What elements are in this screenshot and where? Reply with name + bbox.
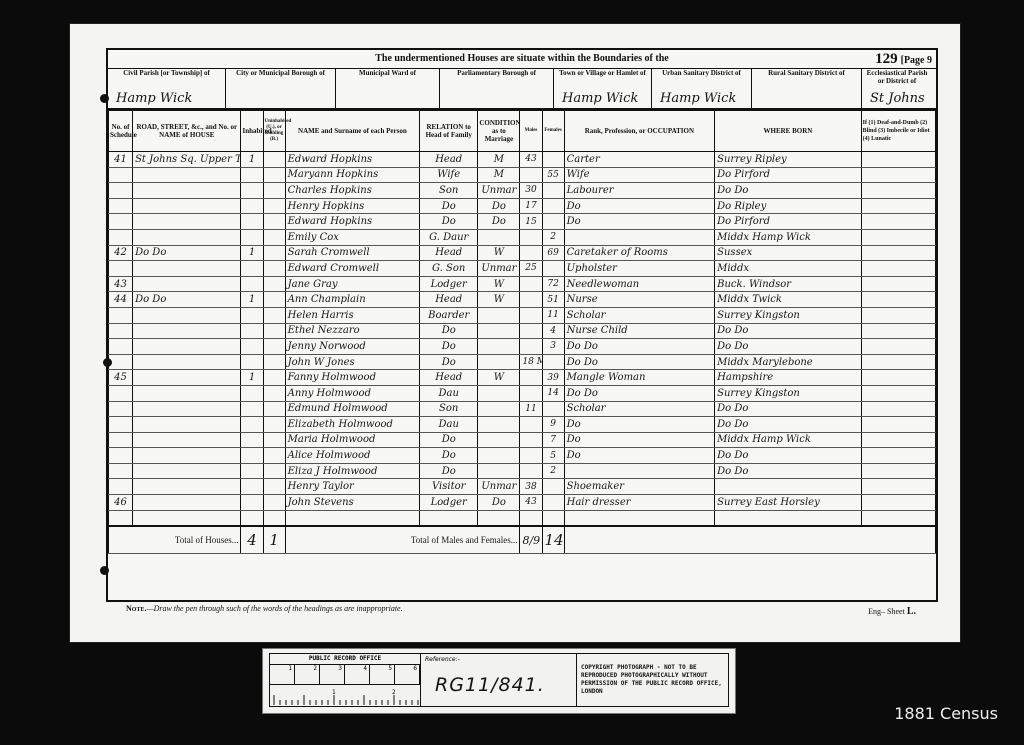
cell-inhabited <box>241 432 263 448</box>
cell-schedule <box>109 448 133 464</box>
cell-name: John Stevens <box>285 495 419 511</box>
cell-male <box>520 510 542 526</box>
cell-female <box>542 401 564 417</box>
cell-female: 39 <box>542 370 564 386</box>
cell-born: Surrey Ripley <box>715 152 862 168</box>
cell-born: Do Do <box>715 448 862 464</box>
cell-born: Surrey East Horsley <box>715 495 862 511</box>
table-row: Edward HopkinsDoDo15DoDo Pirford <box>109 214 936 230</box>
cell-female <box>542 183 564 199</box>
cell-blank <box>861 214 935 230</box>
cell-schedule: 41 <box>109 152 133 168</box>
cell-inhabited <box>241 229 263 245</box>
cell-condition: Do <box>478 214 520 230</box>
cell-occupation: Do <box>564 448 715 464</box>
cell-occupation: Do Do <box>564 339 715 355</box>
cell-male <box>520 229 542 245</box>
col-age-males: Males <box>520 111 542 152</box>
cell-relation: Do <box>420 432 478 448</box>
cell-blank <box>263 167 285 183</box>
cell-blank <box>263 339 285 355</box>
cell-occupation: Do <box>564 432 715 448</box>
cell-blank <box>263 323 285 339</box>
district-value: Hamp Wick <box>660 91 736 106</box>
cell-female: 51 <box>542 292 564 308</box>
cell-born: Buck. Windsor <box>715 276 862 292</box>
cell-born: Surrey Kingston <box>715 385 862 401</box>
cell-inhabited <box>241 463 263 479</box>
col-road: ROAD, STREET, &c., and No. or NAME of HO… <box>133 111 241 152</box>
cell-blank <box>263 354 285 370</box>
cm-scale: 123456 <box>270 665 420 685</box>
census-table: No. of Schedule ROAD, STREET, &c., and N… <box>108 110 936 554</box>
cell-relation: Lodger <box>420 495 478 511</box>
cell-relation: Lodger <box>420 276 478 292</box>
cell-blank <box>861 417 935 433</box>
cell-born: Middx Hamp Wick <box>715 229 862 245</box>
cell-schedule <box>109 339 133 355</box>
cell-road <box>133 510 241 526</box>
cell-road <box>133 339 241 355</box>
col-uninhabited: Uninhabited (U.), or Building (B.) <box>263 111 285 152</box>
cell-name: Maryann Hopkins <box>285 167 419 183</box>
cell-occupation: Caretaker of Rooms <box>564 245 715 261</box>
cell-blank <box>861 261 935 277</box>
cell-male: 25 <box>520 261 542 277</box>
cell-schedule: 45 <box>109 370 133 386</box>
cell-inhabited <box>241 307 263 323</box>
cell-inhabited <box>241 261 263 277</box>
cell-condition: Do <box>478 495 520 511</box>
cell-schedule <box>109 183 133 199</box>
cell-schedule: 42 <box>109 245 133 261</box>
cell-male <box>520 276 542 292</box>
col-relation: RELATION to Head of Family <box>420 111 478 152</box>
cell-name: Jane Gray <box>285 276 419 292</box>
district-field: Civil Parish [or Township] ofHamp Wick <box>108 68 226 108</box>
cell-road <box>133 354 241 370</box>
cell-male <box>520 432 542 448</box>
cell-occupation: Do <box>564 214 715 230</box>
cell-born: Do Ripley <box>715 198 862 214</box>
cm-mark: 1 <box>270 665 295 684</box>
cell-occupation: Nurse Child <box>564 323 715 339</box>
cell-male <box>520 323 542 339</box>
cell-female: 72 <box>542 276 564 292</box>
cell-relation: Son <box>420 401 478 417</box>
cell-male: 17 <box>520 198 542 214</box>
cell-relation: Do <box>420 463 478 479</box>
cell-condition <box>478 448 520 464</box>
cell-condition <box>478 323 520 339</box>
cell-inhabited <box>241 183 263 199</box>
svg-text:1: 1 <box>332 689 336 696</box>
col-inhabited: Inhabited <box>241 111 263 152</box>
district-row: Civil Parish [or Township] ofHamp WickCi… <box>108 68 936 110</box>
footer-note: Note.—Draw the pen through such of the w… <box>126 604 403 613</box>
cell-blank <box>263 463 285 479</box>
district-field: Urban Sanitary District ofHamp Wick <box>652 68 752 108</box>
cell-blank <box>861 495 935 511</box>
table-row: Anny HolmwoodDau14Do DoSurrey Kingston <box>109 385 936 401</box>
col-schedule: No. of Schedule <box>109 111 133 152</box>
cell-inhabited: 1 <box>241 292 263 308</box>
table-row: Helen HarrisBoarder11ScholarSurrey Kings… <box>109 307 936 323</box>
cell-condition: W <box>478 370 520 386</box>
cell-condition: M <box>478 152 520 168</box>
cell-schedule: 46 <box>109 495 133 511</box>
cell-female: 9 <box>542 417 564 433</box>
cell-blank <box>263 292 285 308</box>
cell-road <box>133 307 241 323</box>
cell-schedule <box>109 323 133 339</box>
cell-female <box>542 214 564 230</box>
cell-blank <box>861 370 935 386</box>
cell-inhabited <box>241 448 263 464</box>
cell-condition <box>478 339 520 355</box>
table-row: 41St Johns Sq. Upper Teddington Rd1Edwar… <box>109 152 936 168</box>
cell-schedule <box>109 385 133 401</box>
cell-born: Do Do <box>715 401 862 417</box>
cell-male: 11 <box>520 401 542 417</box>
cell-schedule: 43 <box>109 276 133 292</box>
cell-blank <box>861 354 935 370</box>
cell-condition: Unmar <box>478 183 520 199</box>
cell-condition <box>478 510 520 526</box>
cell-male <box>520 417 542 433</box>
cell-inhabited <box>241 167 263 183</box>
cell-relation: Son <box>420 183 478 199</box>
cell-road <box>133 198 241 214</box>
cell-relation: Dau <box>420 385 478 401</box>
cell-condition <box>478 463 520 479</box>
cell-name: Anny Holmwood <box>285 385 419 401</box>
cell-schedule <box>109 214 133 230</box>
cell-male: 38 <box>520 479 542 495</box>
cell-female <box>542 198 564 214</box>
district-label: Town or Village or Hamlet of <box>556 69 649 77</box>
total-houses-uninhabited: 1 <box>263 526 285 554</box>
cell-inhabited <box>241 495 263 511</box>
office-name: PUBLIC RECORD OFFICE <box>270 654 420 665</box>
cell-condition <box>478 385 520 401</box>
sheet-code: Eng– Sheet L. <box>868 606 916 617</box>
cell-road <box>133 448 241 464</box>
cell-schedule <box>109 354 133 370</box>
ruler-ticks-icon: 1 2 <box>270 685 420 705</box>
cell-inhabited <box>241 354 263 370</box>
cell-schedule <box>109 479 133 495</box>
cell-road <box>133 229 241 245</box>
cell-road: Do Do <box>133 245 241 261</box>
cell-inhabited <box>241 276 263 292</box>
cell-female: 7 <box>542 432 564 448</box>
district-field: Ecclesiastical Parish or District ofSt J… <box>862 68 932 108</box>
cell-male <box>520 370 542 386</box>
cell-relation: Dau <box>420 417 478 433</box>
cell-male <box>520 292 542 308</box>
note-text: —Draw the pen through such of the words … <box>146 604 402 613</box>
cell-blank <box>263 261 285 277</box>
cell-blank <box>861 339 935 355</box>
cell-condition: Do <box>478 198 520 214</box>
cell-inhabited <box>241 323 263 339</box>
cell-occupation: Mangle Woman <box>564 370 715 386</box>
image-caption: 1881 Census <box>894 704 998 723</box>
cell-inhabited <box>241 339 263 355</box>
cell-blank <box>861 463 935 479</box>
cell-inhabited <box>241 214 263 230</box>
cell-name: Sarah Cromwell <box>285 245 419 261</box>
cell-blank <box>263 214 285 230</box>
col-where-born: WHERE BORN <box>715 111 862 152</box>
cell-female: 3 <box>542 339 564 355</box>
cell-female: 2 <box>542 463 564 479</box>
district-field: City or Municipal Borough of <box>226 68 336 108</box>
cell-road <box>133 479 241 495</box>
punch-hole <box>100 566 109 575</box>
cell-name: Edward Hopkins <box>285 152 419 168</box>
census-form: The undermentioned Houses are situate wi… <box>106 48 938 602</box>
district-label: Urban Sanitary District of <box>654 69 749 77</box>
cell-inhabited: 1 <box>241 152 263 168</box>
cell-condition <box>478 432 520 448</box>
cell-occupation: Carter <box>564 152 715 168</box>
table-row: John W JonesDo18 MonthsDo DoMiddx Maryle… <box>109 354 936 370</box>
cell-blank <box>861 479 935 495</box>
cell-male <box>520 463 542 479</box>
cell-blank <box>263 448 285 464</box>
cell-road <box>133 214 241 230</box>
cell-inhabited <box>241 417 263 433</box>
cell-female <box>542 510 564 526</box>
table-row: Edmund HolmwoodSon11ScholarDo Do <box>109 401 936 417</box>
cell-blank <box>263 183 285 199</box>
cell-occupation: Do <box>564 198 715 214</box>
inch-scale: 1 2 <box>270 685 420 705</box>
cell-name: Jenny Norwood <box>285 339 419 355</box>
sheet-label: Eng– Sheet <box>868 607 905 616</box>
cell-blank <box>263 385 285 401</box>
cell-relation <box>420 510 478 526</box>
cell-inhabited: 1 <box>241 245 263 261</box>
district-value: Hamp Wick <box>562 91 638 106</box>
cell-relation: Wife <box>420 167 478 183</box>
cell-schedule <box>109 432 133 448</box>
table-row: Henry TaylorVisitorUnmar38Shoemaker <box>109 479 936 495</box>
cell-blank <box>263 307 285 323</box>
cell-name: Helen Harris <box>285 307 419 323</box>
cell-road: St Johns Sq. Upper Teddington Rd <box>133 152 241 168</box>
table-row: Maryann HopkinsWifeM55WifeDo Pirford <box>109 167 936 183</box>
cell-blank <box>263 432 285 448</box>
cell-name: Charles Hopkins <box>285 183 419 199</box>
reference-box: Reference:- RG11/841. <box>421 654 577 706</box>
cell-road <box>133 370 241 386</box>
cell-name: Ethel Nezzaro <box>285 323 419 339</box>
cell-road <box>133 417 241 433</box>
cell-condition: M <box>478 167 520 183</box>
cell-road <box>133 432 241 448</box>
table-row: Ethel NezzaroDo4Nurse ChildDo Do <box>109 323 936 339</box>
cell-born: Do Pirford <box>715 214 862 230</box>
cell-blank <box>263 495 285 511</box>
cell-male: 18 Months <box>520 354 542 370</box>
district-field: Rural Sanitary District of <box>752 68 862 108</box>
cell-name: John W Jones <box>285 354 419 370</box>
cell-female: 2 <box>542 229 564 245</box>
cell-blank <box>263 198 285 214</box>
folio-number: 129 <box>875 51 898 67</box>
reference-value: RG11/841. <box>435 674 545 696</box>
cell-road <box>133 261 241 277</box>
cell-blank <box>861 510 935 526</box>
cell-name: Elizabeth Holmwood <box>285 417 419 433</box>
punch-hole <box>100 94 109 103</box>
cell-inhabited: 1 <box>241 370 263 386</box>
cell-name: Eliza J Holmwood <box>285 463 419 479</box>
cell-blank <box>861 292 935 308</box>
cell-relation: G. Daur <box>420 229 478 245</box>
cell-name: Maria Holmwood <box>285 432 419 448</box>
table-row: Edward CromwellG. SonUnmar25UpholsterMid… <box>109 261 936 277</box>
cell-relation: Head <box>420 152 478 168</box>
cell-male: 30 <box>520 183 542 199</box>
total-houses-inhabited: 4 <box>241 526 263 554</box>
cell-condition <box>478 401 520 417</box>
cell-female: 14 <box>542 385 564 401</box>
cell-blank <box>861 448 935 464</box>
table-row: Eliza J HolmwoodDo2Do Do <box>109 463 936 479</box>
table-row: 42Do Do1Sarah CromwellHeadW69Caretaker o… <box>109 245 936 261</box>
cell-schedule: 44 <box>109 292 133 308</box>
cell-born: Hampshire <box>715 370 862 386</box>
cell-occupation: Needlewoman <box>564 276 715 292</box>
table-row: 44Do Do1Ann ChamplainHeadW51NurseMiddx T… <box>109 292 936 308</box>
cell-relation: Do <box>420 339 478 355</box>
cell-occupation: Scholar <box>564 307 715 323</box>
cell-male <box>520 448 542 464</box>
district-value: St Johns <box>870 91 925 106</box>
cell-blank <box>263 276 285 292</box>
cell-blank <box>861 167 935 183</box>
cell-occupation: Scholar <box>564 401 715 417</box>
district-value: Hamp Wick <box>116 91 192 106</box>
cell-blank <box>861 276 935 292</box>
cell-blank <box>861 245 935 261</box>
cell-relation: Boarder <box>420 307 478 323</box>
col-infirmity: If (1) Deaf-and-Dumb (2) Blind (3) Imbec… <box>861 111 935 152</box>
cell-relation: Do <box>420 198 478 214</box>
cell-male: 43 <box>520 495 542 511</box>
cell-born: Do Do <box>715 183 862 199</box>
cell-female <box>542 261 564 277</box>
cell-female: 5 <box>542 448 564 464</box>
cell-schedule <box>109 261 133 277</box>
cell-occupation: Hair dresser <box>564 495 715 511</box>
sheet-letter: L. <box>907 606 916 617</box>
cell-occupation: Do Do <box>564 354 715 370</box>
total-males: 8/9 <box>520 526 542 554</box>
table-row: 451Fanny HolmwoodHeadW39Mangle WomanHamp… <box>109 370 936 386</box>
cell-condition <box>478 417 520 433</box>
cell-condition: W <box>478 245 520 261</box>
cell-occupation: Do <box>564 417 715 433</box>
table-row: Charles HopkinsSonUnmar30LabourerDo Do <box>109 183 936 199</box>
cell-name: Edward Hopkins <box>285 214 419 230</box>
cell-schedule <box>109 510 133 526</box>
cell-born: Do Do <box>715 339 862 355</box>
cell-male: 43 <box>520 152 542 168</box>
table-row: Elizabeth HolmwoodDau9DoDo Do <box>109 417 936 433</box>
cell-condition: W <box>478 276 520 292</box>
cell-relation: Head <box>420 292 478 308</box>
cm-mark: 3 <box>320 665 345 684</box>
cell-female: 55 <box>542 167 564 183</box>
cell-schedule <box>109 198 133 214</box>
cm-mark: 5 <box>370 665 395 684</box>
cell-born <box>715 479 862 495</box>
cell-blank <box>861 385 935 401</box>
cell-occupation <box>564 510 715 526</box>
cell-name: Henry Hopkins <box>285 198 419 214</box>
cell-occupation: Wife <box>564 167 715 183</box>
cell-male <box>520 339 542 355</box>
label-frame: PUBLIC RECORD OFFICE 123456 1 2 Referenc… <box>269 653 729 707</box>
cell-road <box>133 323 241 339</box>
cell-female <box>542 354 564 370</box>
cell-blank <box>861 401 935 417</box>
cell-occupation: Do Do <box>564 385 715 401</box>
page-number: 129[Page 9 <box>875 50 932 68</box>
cell-relation: Head <box>420 370 478 386</box>
page-label: [Page 9 <box>901 55 932 66</box>
cell-inhabited <box>241 510 263 526</box>
cell-blank <box>263 479 285 495</box>
record-office-label: PUBLIC RECORD OFFICE 123456 1 2 Referenc… <box>262 648 736 714</box>
cell-female: 4 <box>542 323 564 339</box>
total-houses-label: Total of Houses... <box>109 526 241 554</box>
cell-name: Edward Cromwell <box>285 261 419 277</box>
cell-schedule <box>109 307 133 323</box>
cell-born: Middx <box>715 261 862 277</box>
cell-born: Middx Hamp Wick <box>715 432 862 448</box>
cell-name: Ann Champlain <box>285 292 419 308</box>
table-row: Maria HolmwoodDo7DoMiddx Hamp Wick <box>109 432 936 448</box>
cell-blank <box>861 152 935 168</box>
cm-mark: 4 <box>345 665 370 684</box>
col-age-females: Females <box>542 111 564 152</box>
cell-road <box>133 495 241 511</box>
cell-relation: Do <box>420 448 478 464</box>
cell-born: Middx Twick <box>715 292 862 308</box>
cell-occupation <box>564 463 715 479</box>
cell-occupation <box>564 229 715 245</box>
cell-blank <box>263 245 285 261</box>
cell-road <box>133 385 241 401</box>
cell-schedule <box>109 229 133 245</box>
cell-relation: G. Son <box>420 261 478 277</box>
totals-row: Total of Houses... 4 1 Total of Males an… <box>109 526 936 554</box>
cm-mark: 6 <box>395 665 420 684</box>
cell-blank <box>861 198 935 214</box>
district-field: Parliamentary Borough of <box>440 68 554 108</box>
table-row: Alice HolmwoodDo5DoDo Do <box>109 448 936 464</box>
cell-blank <box>263 229 285 245</box>
cell-female: 11 <box>542 307 564 323</box>
cell-blank <box>263 417 285 433</box>
cell-relation: Head <box>420 245 478 261</box>
